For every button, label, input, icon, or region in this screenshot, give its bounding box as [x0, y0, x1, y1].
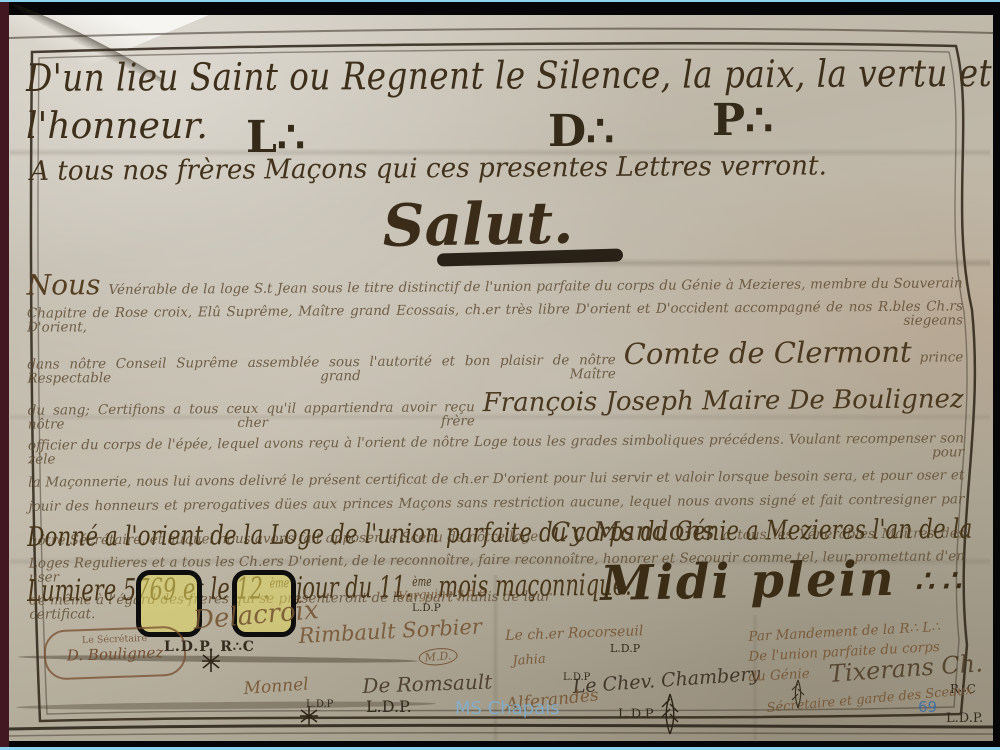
- watermark-label: MS Chapais: [455, 698, 560, 719]
- title-line-1: D'un lieu Saint ou Regnent le Silence, l…: [26, 51, 992, 100]
- ldp-mark: L.D.P: [618, 707, 654, 722]
- title-line-2: l'honneur.: [26, 106, 208, 147]
- masonic-initial-d: D∴: [548, 106, 614, 157]
- body-text: du sang; Certifions a tous ceux qu'il ap…: [28, 401, 475, 432]
- body-line: Nous Vénérable de la loge S.t Jean sous …: [27, 264, 963, 299]
- quill-ink-mark: [788, 678, 808, 710]
- recipient-name: François Joseph Maire De Boulignez: [483, 386, 964, 416]
- ldp-mark: L.D.P.: [946, 711, 983, 726]
- body-line: Chapitre de Rose croix, Elû Suprême, Maî…: [27, 300, 963, 334]
- body-line: dans nôtre Conseil Suprême assemblée sou…: [27, 337, 963, 385]
- body-text: Vénérable de la loge S.t Jean sous le ti…: [108, 277, 962, 297]
- address-line: A tous nos frères Maçons qui ces present…: [30, 150, 827, 187]
- body-line: la Maçonnerie, nous lui avons delivré le…: [28, 469, 964, 490]
- ldp-mark: L.D.P: [610, 642, 640, 655]
- body-text: prince: [920, 351, 964, 365]
- masonic-initial-p: P∴: [712, 95, 773, 146]
- body-line: du sang; Certifions a tous ceux qu'il ap…: [28, 386, 964, 431]
- star-ink-mark: [298, 704, 320, 728]
- quill-ink-mark: [656, 692, 684, 736]
- signature-romsault: De Romsault: [362, 669, 493, 698]
- body-word-nous: Nous: [27, 271, 101, 300]
- signature-jahia: Jahia: [512, 652, 546, 669]
- ldp-mark: L.D.P: [412, 602, 441, 614]
- masonic-dots: ∴∴: [914, 564, 969, 600]
- body-line: officier du corps de l'épée, lequel avon…: [28, 432, 964, 466]
- ldp-mark: L.D.P.: [366, 697, 412, 716]
- midi-plein-text: Midi plein: [600, 551, 896, 612]
- star-ink-mark: [200, 648, 222, 674]
- salut-word: Salut.: [382, 189, 574, 260]
- grand-master-name: Comte de Clermont: [624, 338, 912, 369]
- midi-plein: Midi plein ∴∴: [600, 550, 969, 612]
- body-text: dans nôtre Conseil Suprême assemblée sou…: [27, 354, 616, 386]
- body-line: jouir des honneurs et prerogatives dües …: [28, 493, 964, 514]
- watermark-number: 69: [918, 698, 937, 716]
- ldp-mark: L.D.P: [563, 672, 590, 683]
- slide-frame: D'un lieu Saint ou Regnent le Silence, l…: [0, 0, 1000, 750]
- closing-line-2: Lumiere 5769 et le 12.ème jour du 11.ème…: [27, 568, 632, 609]
